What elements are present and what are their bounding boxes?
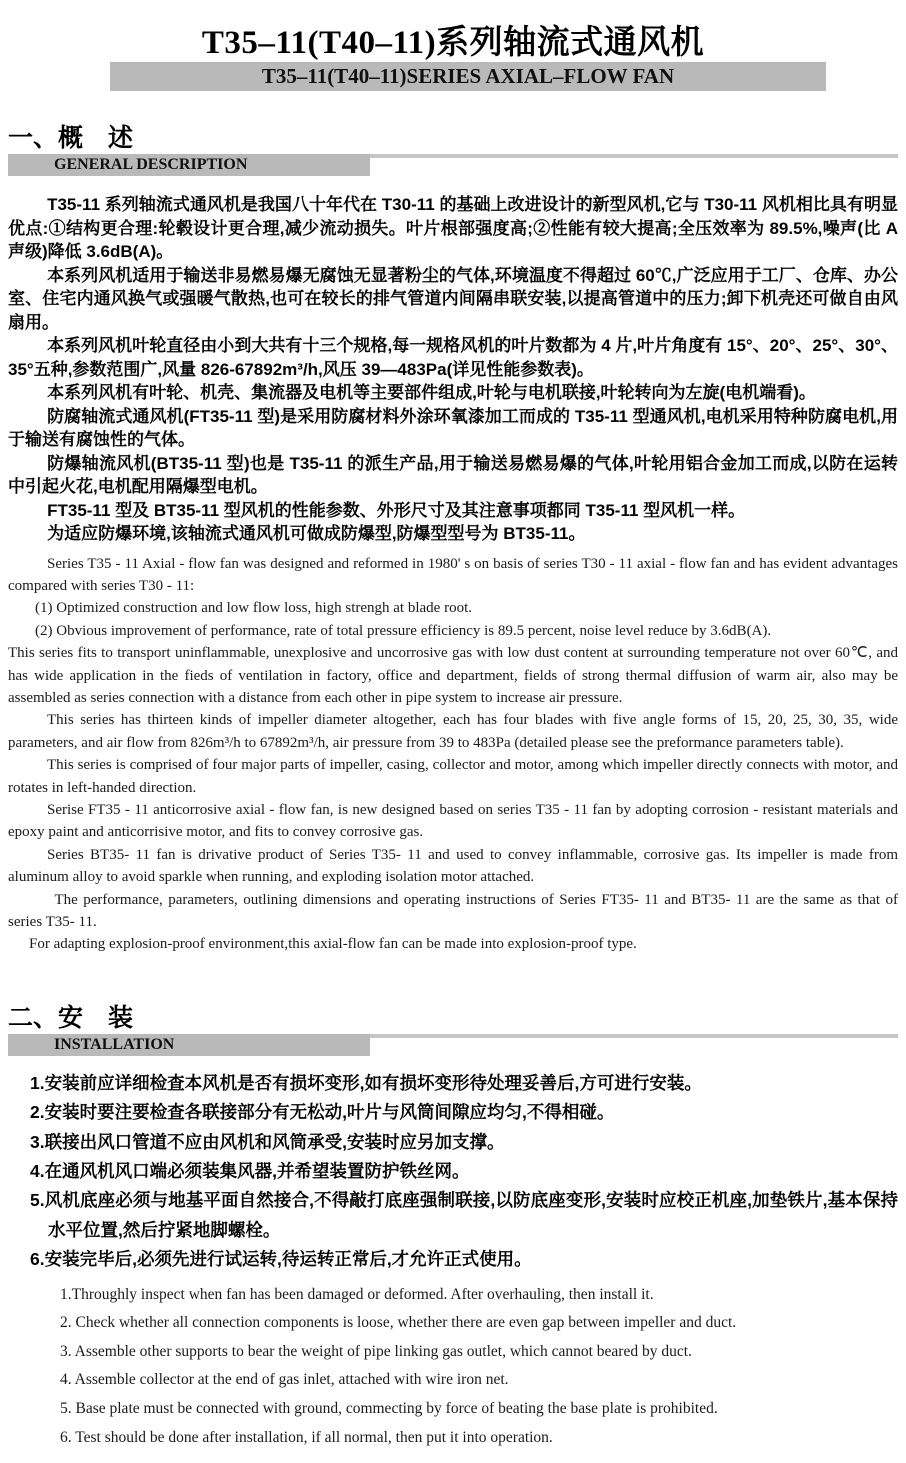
list-item: 1.Throughly inspect when fan has been da…	[60, 1281, 898, 1310]
subtitle-text: T35–11(T40–11)SERIES AXIAL–FLOW FAN	[262, 64, 674, 89]
section-general-heading-en: GENERAL DESCRIPTION	[54, 156, 247, 173]
paragraph-en: For adapting explosion-proof environment…	[8, 933, 898, 955]
general-description-zh: T35-11 系列轴流式通风机是我国八十年代在 T30-11 的基础上改进设计的…	[8, 193, 898, 546]
list-item: 2. Check whether all connection componen…	[60, 1309, 898, 1338]
paragraph-en: Series T35 - 11 Axial - flow fan was des…	[8, 553, 898, 598]
list-item: 3.联接出风口管道不应由风机和风筒承受,安装时应另加支撑。	[30, 1128, 898, 1157]
section-installation-heading-bar: INSTALLATION	[8, 1034, 370, 1056]
list-item: 5.风机底座必须与地基平面自然接合,不得敲打底座强制联接,以防底座变形,安装时应…	[30, 1186, 898, 1245]
list-item: 6.安装完毕后,必须先进行试运转,待运转正常后,才允许正式使用。	[30, 1245, 898, 1274]
section-installation-heading-en: INSTALLATION	[54, 1036, 174, 1053]
paragraph-en: (2) Obvious improvement of performance, …	[8, 620, 898, 642]
section-general: 一、概 述 GENERAL DESCRIPTION T35-11 系列轴流式通风…	[8, 124, 898, 956]
paragraph-zh: 为适应防爆环境,该轴流式通风机可做成防爆型,防爆型型号为 BT35-11。	[8, 522, 898, 546]
list-item: 6. Test should be done after installatio…	[60, 1424, 898, 1453]
paragraph-en: This series is comprised of four major p…	[8, 754, 898, 799]
installation-steps-en: 1.Throughly inspect when fan has been da…	[8, 1281, 898, 1453]
paragraph-en: The performance, parameters, outlining d…	[8, 889, 898, 934]
paragraph-zh: 防腐轴流式通风机(FT35-11 型)是采用防腐材料外涂环氧漆加工而成的 T35…	[8, 405, 898, 452]
section-general-heading-bar: GENERAL DESCRIPTION	[8, 154, 370, 176]
paragraph-en: Serise FT35 - 11 anticorrosive axial - f…	[8, 799, 898, 844]
list-item: 1.安装前应详细检查本风机是否有损坏变形,如有损坏变形待处理妥善后,方可进行安装…	[30, 1069, 898, 1098]
paragraph-zh: 本系列风机有叶轮、机壳、集流器及电机等主要部件组成,叶轮与电机联接,叶轮转向为左…	[8, 381, 898, 405]
list-item: 3. Assemble other supports to bear the w…	[60, 1338, 898, 1367]
list-item: 4.在通风机风口端必须装集风器,并希望装置防护铁丝网。	[30, 1157, 898, 1186]
installation-steps-zh: 1.安装前应详细检查本风机是否有损坏变形,如有损坏变形待处理妥善后,方可进行安装…	[8, 1069, 898, 1275]
list-item: 4. Assemble collector at the end of gas …	[60, 1366, 898, 1395]
paragraph-en: This series fits to transport uninflamma…	[8, 642, 898, 709]
document-page: T35–11(T40–11)系列轴流式通风机 T35–11(T40–11)SER…	[0, 0, 906, 1463]
paragraph-zh: 本系列风机适用于输送非易燃易爆无腐蚀无显著粉尘的气体,环境温度不得超过 60℃,…	[8, 264, 898, 335]
paragraph-zh: FT35-11 型及 BT35-11 型风机的性能参数、外形尺寸及其注意事项都同…	[8, 499, 898, 523]
general-description-en: Series T35 - 11 Axial - flow fan was des…	[8, 553, 898, 956]
paragraph-en: This series has thirteen kinds of impell…	[8, 709, 898, 754]
section-installation-heading-zh: 二、安 装	[8, 1004, 898, 1032]
horizontal-rule	[370, 1034, 898, 1038]
subtitle-bar: T35–11(T40–11)SERIES AXIAL–FLOW FAN	[110, 62, 826, 91]
paragraph-zh: 防爆轴流风机(BT35-11 型)也是 T35-11 的派生产品,用于输送易燃易…	[8, 452, 898, 499]
section-installation-heading-row: INSTALLATION	[8, 1034, 898, 1056]
page-title: T35–11(T40–11)系列轴流式通风机	[8, 24, 898, 62]
horizontal-rule	[370, 154, 898, 158]
list-item: 5. Base plate must be connected with gro…	[60, 1395, 898, 1424]
list-item: 2.安装时要注要检查各联接部分有无松动,叶片与风筒间隙应均匀,不得相碰。	[30, 1098, 898, 1127]
paragraph-zh: T35-11 系列轴流式通风机是我国八十年代在 T30-11 的基础上改进设计的…	[8, 193, 898, 264]
paragraph-zh: 本系列风机叶轮直径由小到大共有十三个规格,每一规格风机的叶片数都为 4 片,叶片…	[8, 334, 898, 381]
section-general-heading-zh: 一、概 述	[8, 124, 898, 152]
section-installation: 二、安 装 INSTALLATION 1.安装前应详细检查本风机是否有损坏变形,…	[8, 1004, 898, 1452]
section-general-heading-row: GENERAL DESCRIPTION	[8, 154, 898, 176]
paragraph-en: (1) Optimized construction and low flow …	[8, 597, 898, 619]
paragraph-en: Series BT35- 11 fan is drivative product…	[8, 844, 898, 889]
